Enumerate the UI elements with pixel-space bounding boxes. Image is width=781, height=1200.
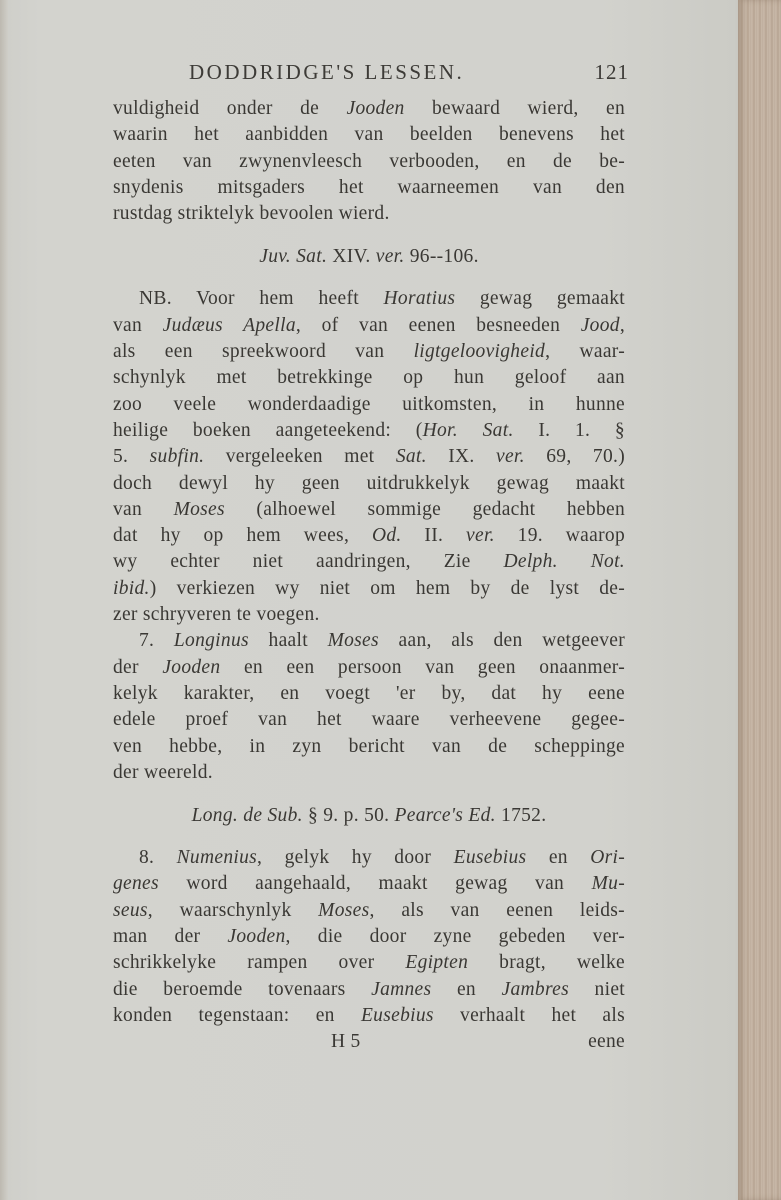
gutter-shadow <box>0 0 8 1200</box>
text-line: genes word aangehaald, maakt gewag van M… <box>113 871 625 897</box>
text-line: der Jooden en een persoon van geen onaan… <box>113 655 625 681</box>
text-line: ven hebbe, in zyn bericht van de scheppi… <box>113 734 625 760</box>
citation-juvenal: Juv. Sat. XIV. ver. 96--106. <box>113 242 625 272</box>
text-line: schynlyk met betrekkinge op hun geloof a… <box>113 365 625 391</box>
text-line: ibid.) verkiezen wy niet om hem by de ly… <box>113 576 625 602</box>
signature-mark: H 5 <box>331 1031 361 1053</box>
paragraph-nb: NB. Voor hem heeft Horatius gewag gemaak… <box>113 286 625 628</box>
page-footer: H 5 eene <box>113 1031 625 1057</box>
text-line: zoo veele wonderdaadige uitkomsten, in h… <box>113 392 625 418</box>
text-line: doch dewyl hy geen uitdrukkelyk gewag ma… <box>113 471 625 497</box>
text-line: der weereld. <box>113 760 625 786</box>
text-line: kelyk karakter, en voegt 'er by, dat hy … <box>113 681 625 707</box>
text-line: rustdag striktelyk bevoolen wierd. <box>113 201 625 227</box>
book-fore-edge <box>738 0 781 1200</box>
text-line: wy echter niet aandringen, Zie Delph. No… <box>113 549 625 575</box>
paragraph-1: vuldigheid onder de Jooden bewaard wierd… <box>113 96 625 227</box>
text-line: NB. Voor hem heeft Horatius gewag gemaak… <box>113 286 625 312</box>
citation-longinus: Long. de Sub. § 9. p. 50. Pearce's Ed. 1… <box>113 801 625 831</box>
text-line: man der Jooden, die door zyne gebeden ve… <box>113 924 625 950</box>
text-line: snydenis mitsgaders het waarneemen van d… <box>113 175 625 201</box>
text-line: die beroemde tovenaars Jamnes en Jambres… <box>113 977 625 1003</box>
paragraph-7: 7. Longinus haalt Moses aan, als den wet… <box>113 628 625 786</box>
page-number: 121 <box>595 60 630 85</box>
paragraph-8: 8. Numenius, gelyk hy door Eusebius en O… <box>113 845 625 1029</box>
text-line: 8. Numenius, gelyk hy door Eusebius en O… <box>113 845 625 871</box>
text-line: zer schryveren te voegen. <box>113 602 625 628</box>
text-line: konden tegenstaan: en Eusebius verhaalt … <box>113 1003 625 1029</box>
text-line: als een spreekwoord van ligtgeloovigheid… <box>113 339 625 365</box>
running-header: DODDRIDGE'S LESSEN. 121 <box>113 60 625 96</box>
book-page: DODDRIDGE'S LESSEN. 121 vuldigheid onder… <box>0 0 745 1200</box>
text-line: seus, waarschynlyk Moses, als van eenen … <box>113 898 625 924</box>
text-line: van Judæus Apella, of van eenen besneede… <box>113 313 625 339</box>
text-line: eeten van zwynenvleesch verbooden, en de… <box>113 149 625 175</box>
text-line: vuldigheid onder de Jooden bewaard wierd… <box>113 96 625 122</box>
text-line: van Moses (alhoewel sommige gedacht hebb… <box>113 497 625 523</box>
running-title: DODDRIDGE'S LESSEN. <box>189 60 464 85</box>
text-line: edele proef van het waare verheevene geg… <box>113 707 625 733</box>
text-line: schrikkelyke rampen over Egipten bragt, … <box>113 950 625 976</box>
text-line: waarin het aanbidden van beelden beneven… <box>113 122 625 148</box>
catchword: eene <box>588 1031 625 1053</box>
text-line: 5. subfin. vergeleeken met Sat. IX. ver.… <box>113 444 625 470</box>
text-line: dat hy op hem wees, Od. II. ver. 19. waa… <box>113 523 625 549</box>
text-line: heilige boeken aangeteekend: (Hor. Sat. … <box>113 418 625 444</box>
text-line: 7. Longinus haalt Moses aan, als den wet… <box>113 628 625 654</box>
text-block: DODDRIDGE'S LESSEN. 121 vuldigheid onder… <box>113 60 625 1057</box>
